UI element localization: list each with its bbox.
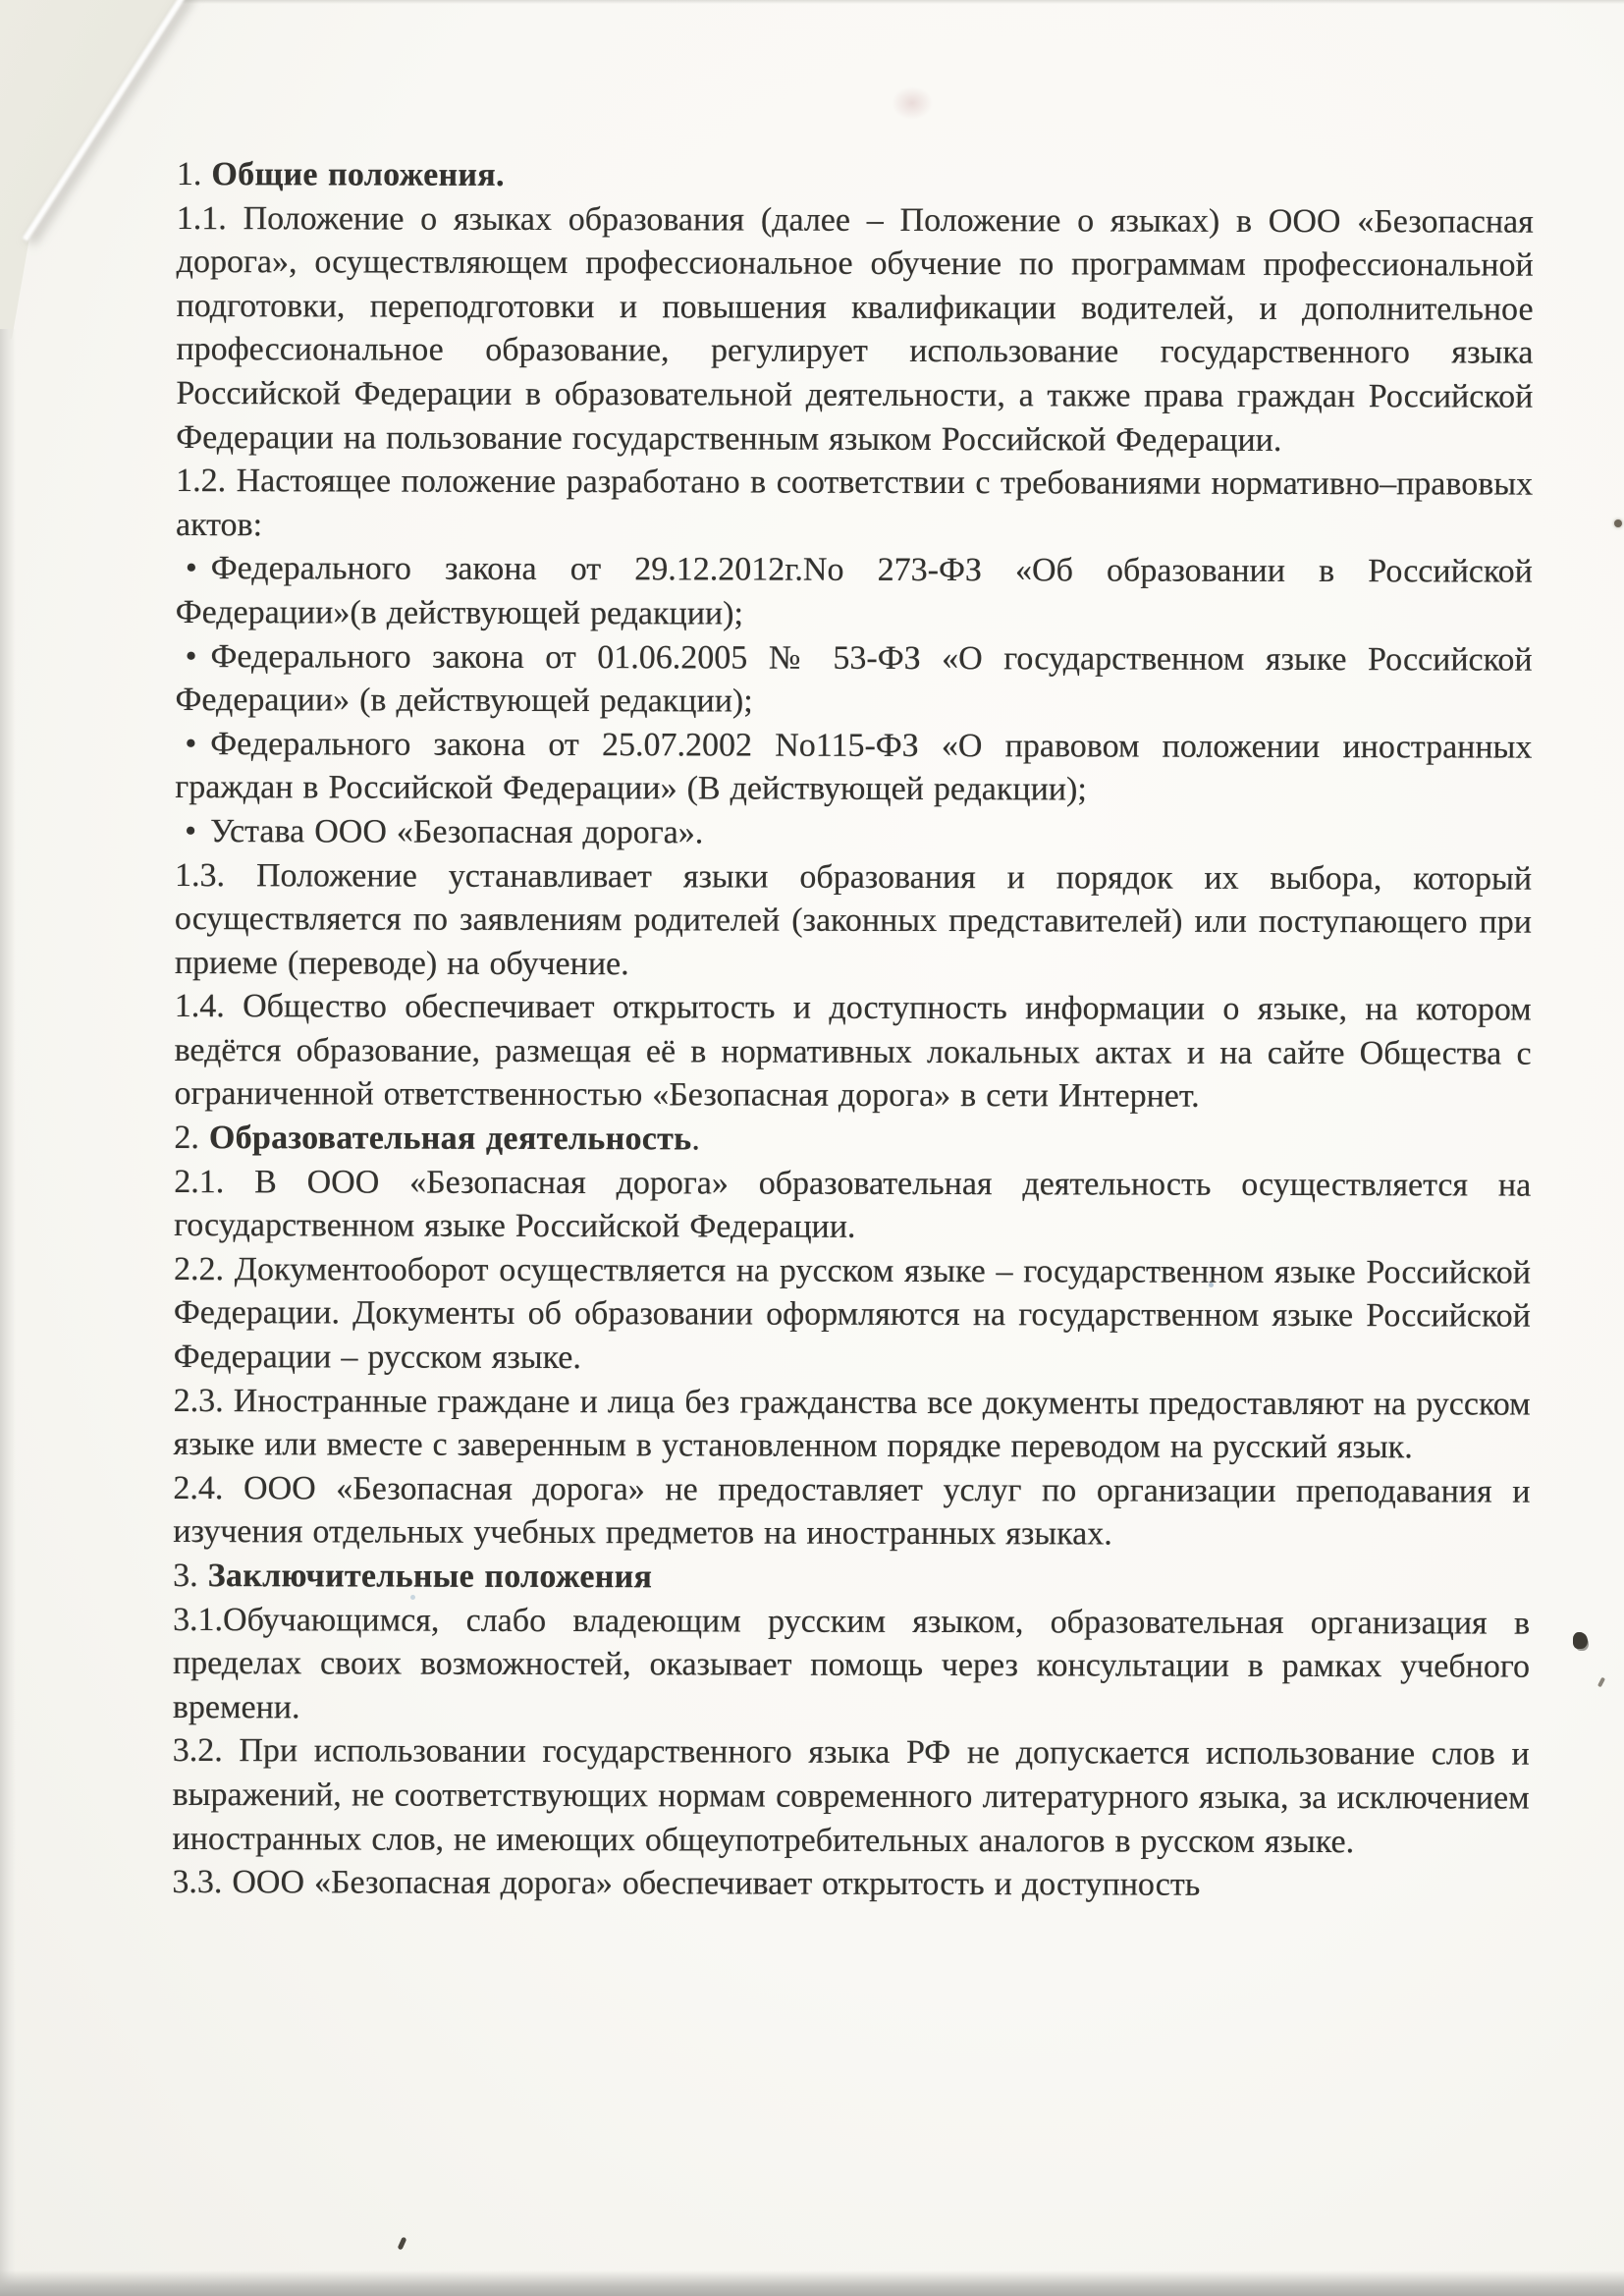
- scanner-top-edge: [0, 0, 1624, 4]
- section-number: 2.: [174, 1120, 199, 1156]
- bullet-item-1: •Федерального закона от 29.12.2012г.No 2…: [176, 547, 1533, 638]
- section-heading-3: 3.Заключительные положения: [173, 1555, 1530, 1602]
- bullet-item-3: •Федерального закона от 25.07.2002 No115…: [175, 723, 1532, 814]
- scan-speck: [1597, 1677, 1605, 1688]
- section-number: 1.: [177, 156, 202, 192]
- scan-speck: [410, 1595, 415, 1600]
- bullet-item-4: •Устава ООО «Безопасная дорога».: [175, 810, 1532, 857]
- document-text: 1.Общие положения. 1.1. Положение о язык…: [172, 153, 1534, 1908]
- scan-speck: [1614, 519, 1622, 527]
- paragraph-2-3: 2.3. Иностранные граждане и лица без гра…: [173, 1380, 1530, 1471]
- scan-speck: [1209, 1283, 1214, 1287]
- paragraph-1-4: 1.4. Общество обеспечивает открытость и …: [174, 985, 1531, 1120]
- bullet-icon: •: [185, 726, 196, 762]
- paragraph-3-2: 3.2. При использовании государственного …: [172, 1729, 1529, 1864]
- section-title: Образовательная деятельность: [209, 1120, 692, 1157]
- scan-speck: [1573, 1632, 1588, 1649]
- scan-smudge: [892, 86, 933, 120]
- paragraph-1-3: 1.3. Положение устанавливает языки образ…: [175, 853, 1532, 988]
- paragraph-3-1: 3.1.Обучающимся, слабо владеющим русским…: [173, 1599, 1530, 1733]
- bullet-text: Устава ООО «Безопасная дорога».: [210, 813, 703, 850]
- bullet-icon: •: [185, 813, 196, 849]
- paragraph-2-4: 2.4. ООО «Безопасная дорога» не предоста…: [173, 1467, 1530, 1558]
- paragraph-2-1: 2.1. В ООО «Безопасная дорога» образоват…: [174, 1161, 1531, 1252]
- bullet-text: Федерального закона от 01.06.2005 № 53-Ф…: [175, 638, 1532, 720]
- scan-speck: [398, 2237, 407, 2251]
- section-number: 3.: [173, 1558, 198, 1594]
- paragraph-2-2: 2.2. Документооборот осуществляется на р…: [174, 1248, 1531, 1383]
- section-heading-1: 1.Общие положения.: [177, 153, 1534, 200]
- bullet-icon: •: [186, 550, 197, 586]
- scanner-left-edge: [0, 329, 16, 2296]
- section-title: Заключительные положения: [208, 1558, 653, 1595]
- bullet-text: Федерального закона от 29.12.2012г.No 27…: [176, 550, 1533, 631]
- paragraph-1-1: 1.1. Положение о языках образования (дал…: [176, 197, 1534, 464]
- section-heading-2: 2.Образовательная деятельность.: [174, 1117, 1531, 1164]
- section-title: Общие положения.: [211, 156, 504, 193]
- paragraph-3-3: 3.3. ООО «Безопасная дорога» обеспечивае…: [172, 1861, 1529, 1908]
- scanned-page: 1.Общие положения. 1.1. Положение о язык…: [0, 0, 1624, 2296]
- scanner-bottom-edge: [0, 2270, 1624, 2296]
- bullet-text: Федерального закона от 25.07.2002 No115-…: [175, 726, 1532, 808]
- bullet-item-2: •Федерального закона от 01.06.2005 № 53-…: [175, 635, 1532, 727]
- paragraph-1-2: 1.2. Настоящее положение разработано в с…: [176, 460, 1533, 551]
- section-title-suffix: .: [691, 1121, 700, 1157]
- bullet-icon: •: [186, 638, 197, 675]
